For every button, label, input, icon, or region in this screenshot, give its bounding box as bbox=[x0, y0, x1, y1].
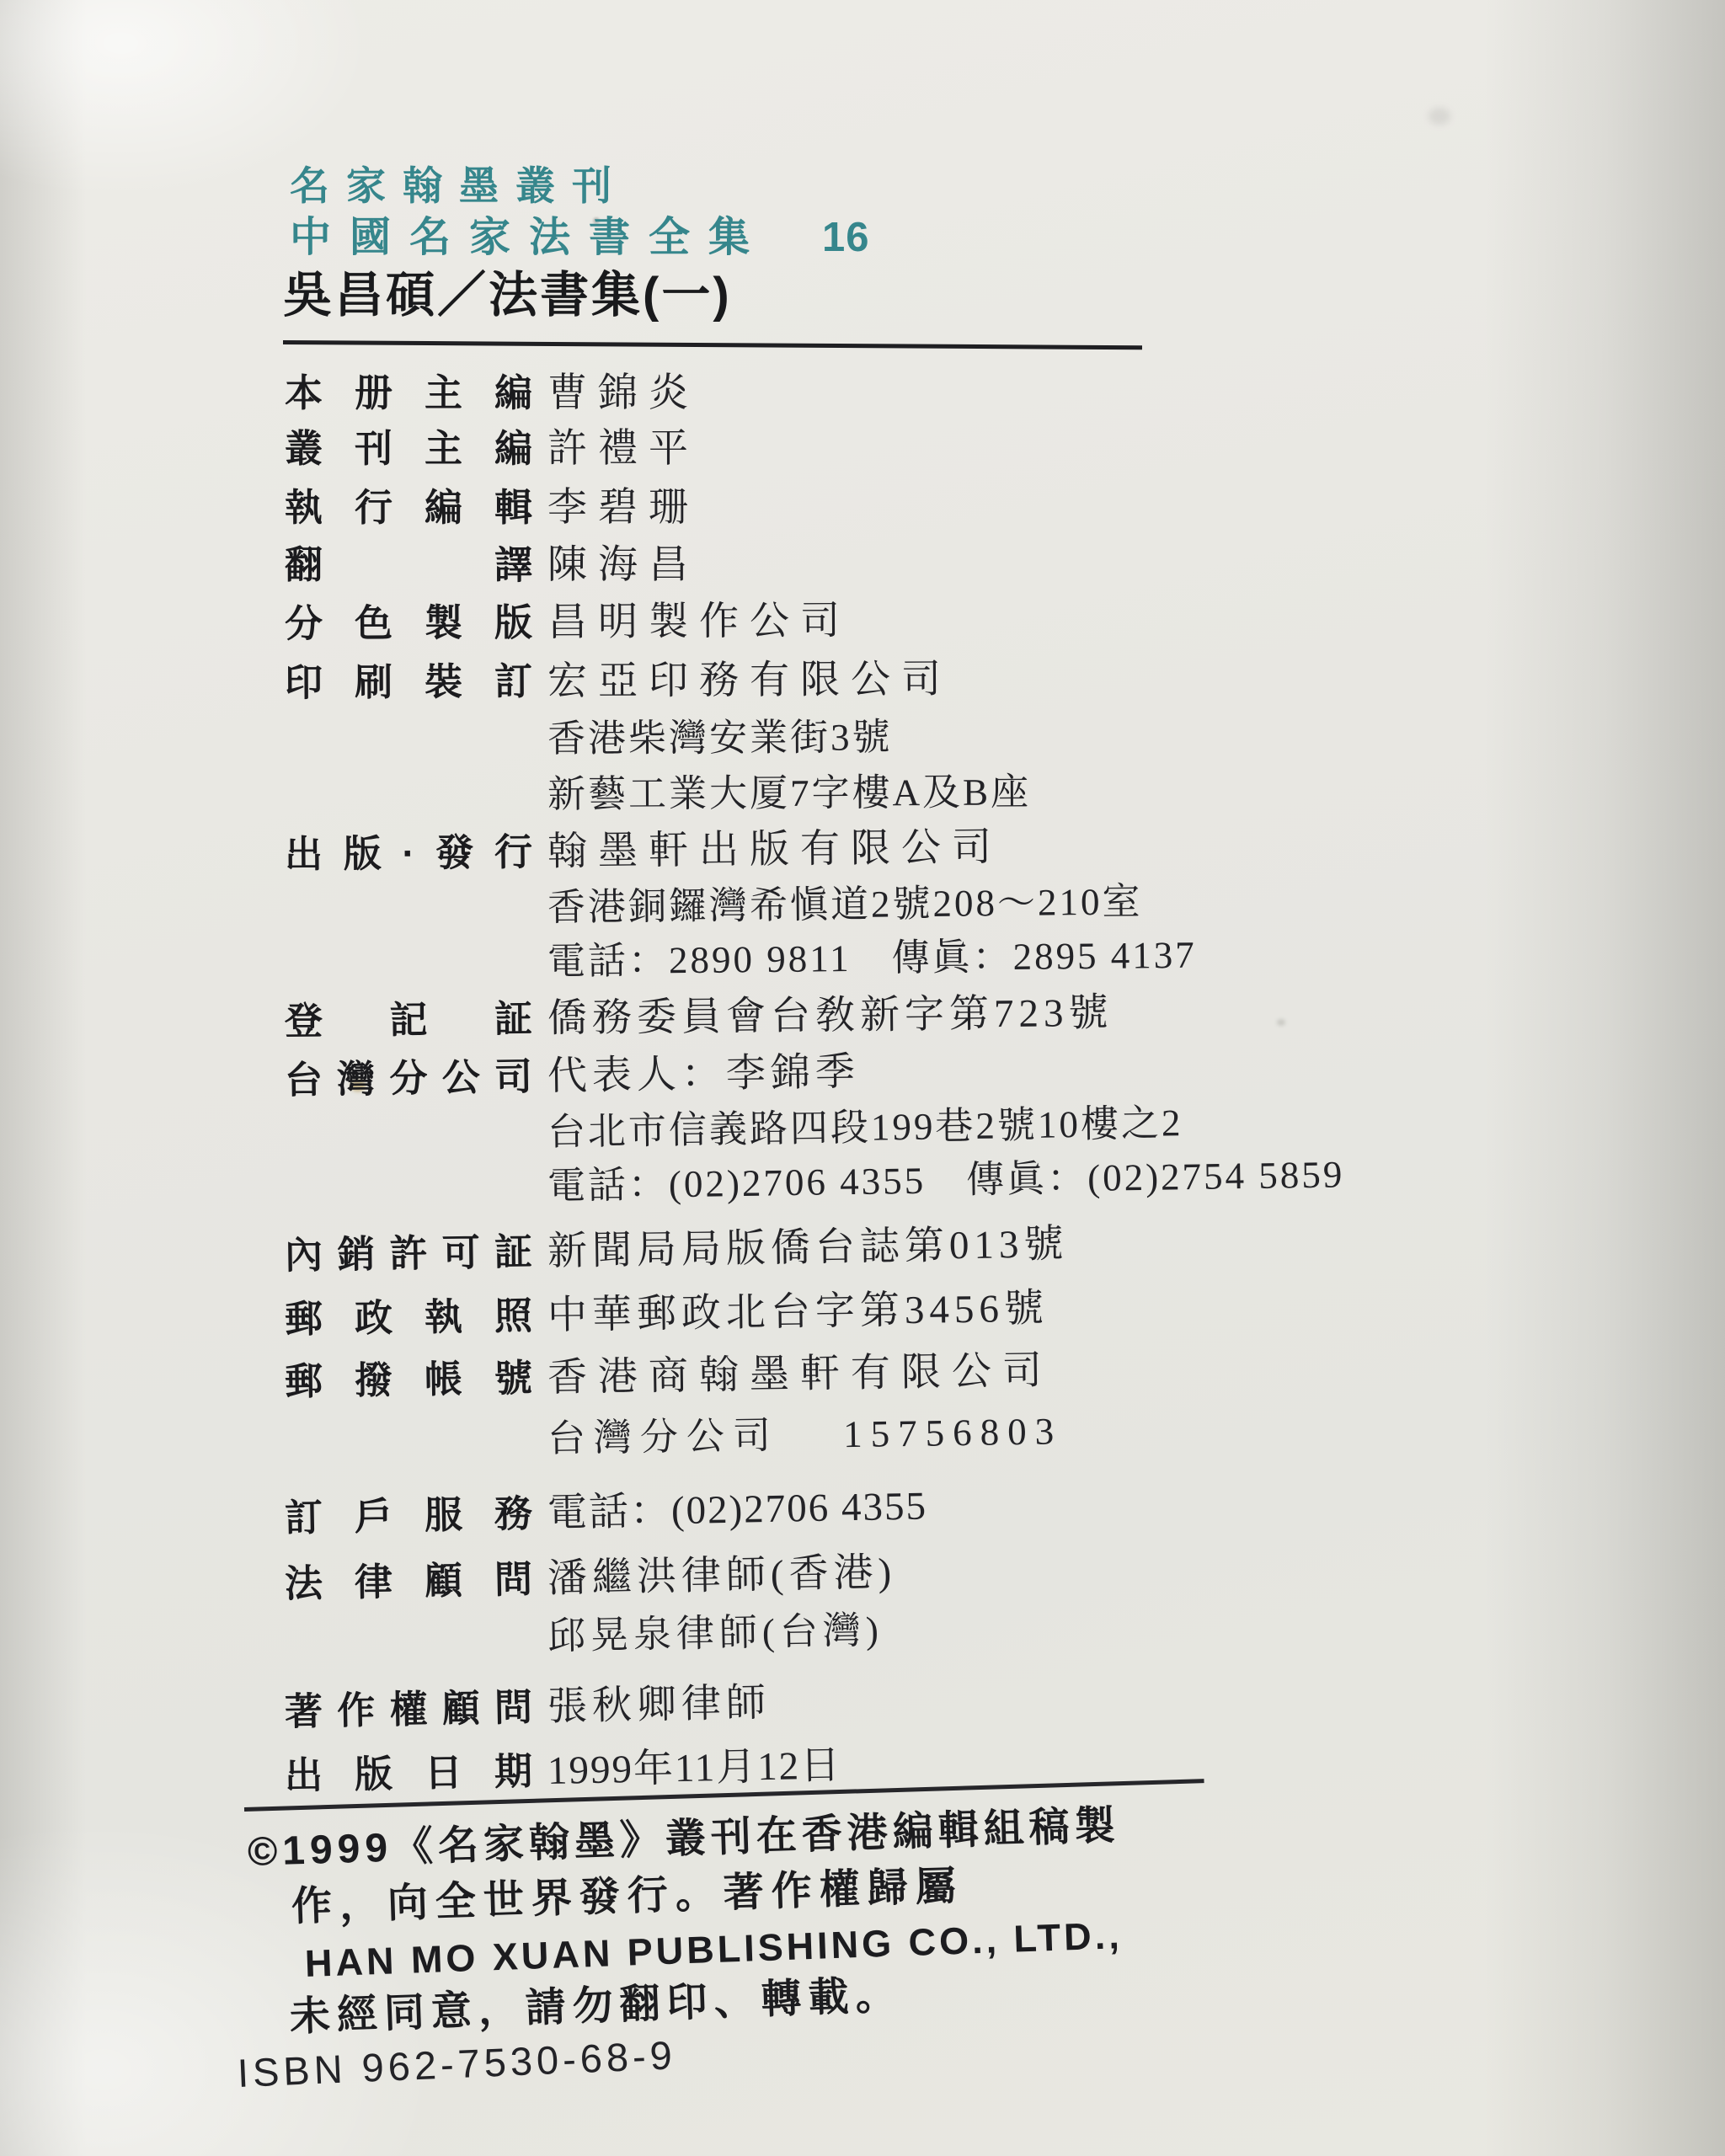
field-label: 台灣分公司 bbox=[285, 1050, 533, 1107]
divider-top bbox=[283, 340, 1142, 350]
field-value: 李碧珊 bbox=[547, 481, 699, 535]
field-value: 昌明製作公司 bbox=[547, 594, 851, 649]
book-title: 吳昌碩／法書集(一) bbox=[283, 266, 732, 325]
field-label: 執行編輯 bbox=[285, 481, 532, 535]
field-label: 內銷許可証 bbox=[285, 1225, 533, 1283]
colophon-row: 印刷裝訂宏亞印務有限公司 bbox=[0, 648, 1725, 712]
series-title: 名家翰墨叢刊 bbox=[290, 162, 628, 211]
field-value: 代表人：李錦季 bbox=[547, 1045, 860, 1103]
field-value: 新藝工業大厦7字樓A及B座 bbox=[547, 765, 1031, 821]
colophon-row: 香港柴灣安業街3號 bbox=[0, 706, 1725, 769]
field-label: 郵撥帳號 bbox=[285, 1352, 533, 1409]
field-label: 叢刊主編 bbox=[285, 422, 532, 476]
field-value: 香港柴灣安業街3號 bbox=[547, 710, 893, 766]
field-value: 新聞局局版僑台誌第013號 bbox=[547, 1217, 1068, 1278]
colophon-row: 分色製版昌明製作公司 bbox=[0, 590, 1725, 653]
field-value: 曹錦炎 bbox=[547, 366, 699, 420]
colophon-row: 本册主編曹錦炎 bbox=[0, 366, 1725, 420]
field-value: 電話：(02)2706 4355 傳眞：(02)2754 5859 bbox=[547, 1147, 1344, 1213]
field-label: 法律顧問 bbox=[284, 1552, 532, 1611]
field-label: 本册主編 bbox=[285, 366, 532, 420]
field-label: 訂戶服務 bbox=[284, 1486, 532, 1545]
field-value: 邱晃泉律師(台灣) bbox=[547, 1603, 884, 1663]
field-value: 張秋卿律師 bbox=[547, 1676, 771, 1734]
volume-number: 16 bbox=[822, 215, 870, 260]
field-value: 陳海昌 bbox=[547, 538, 699, 592]
book-colophon-page: 名家翰墨叢刊 中國名家法書全集16 吳昌碩／法書集(一) 本册主編曹錦炎 叢刊主… bbox=[0, 0, 1725, 2156]
field-label: 登記証 bbox=[285, 992, 533, 1049]
field-label: 翻譯 bbox=[285, 538, 532, 592]
field-value: 翰墨軒出版有限公司 bbox=[547, 820, 1003, 879]
field-value: 中華郵政北台字第3456號 bbox=[547, 1282, 1049, 1343]
collection-title-text: 中國名家法書全集 bbox=[290, 215, 768, 260]
colophon-row: 翻譯陳海昌 bbox=[0, 538, 1725, 592]
field-value: 許禮平 bbox=[547, 422, 699, 476]
field-value: 潘繼洪律師(香港) bbox=[547, 1545, 896, 1606]
paper-stain bbox=[1429, 108, 1450, 125]
field-label: 印刷裝訂 bbox=[285, 654, 532, 710]
field-value: 台北市信義路四段199巷2號10樓之2 bbox=[547, 1096, 1183, 1159]
field-value: 宏亞印務有限公司 bbox=[547, 653, 952, 709]
field-value: 電話：2890 9811 傳眞：2895 4137 bbox=[547, 928, 1197, 989]
field-label: 郵政執照 bbox=[285, 1289, 533, 1347]
field-label: 著作權顧問 bbox=[284, 1680, 532, 1739]
colophon-row: 叢刊主編許禮平 bbox=[0, 422, 1725, 476]
field-label: 分色製版 bbox=[285, 595, 532, 651]
field-value: 台灣分公司 15756803 bbox=[547, 1404, 1062, 1465]
colophon-row: 執行編輯李碧珊 bbox=[0, 481, 1725, 535]
field-value: 1999年11月12日 bbox=[547, 1738, 841, 1798]
field-label: 出版日期 bbox=[284, 1744, 532, 1803]
field-value: 僑務委員會台敎新字第723號 bbox=[547, 986, 1114, 1046]
collection-title: 中國名家法書全集16 bbox=[290, 212, 870, 263]
field-value: 電話：(02)2706 4355 bbox=[547, 1479, 927, 1540]
field-value: 香港商翰墨軒有限公司 bbox=[547, 1343, 1053, 1405]
field-value: 香港銅鑼灣希愼道2號208～210室 bbox=[547, 874, 1143, 934]
field-label: 出版·發行 bbox=[285, 825, 533, 882]
